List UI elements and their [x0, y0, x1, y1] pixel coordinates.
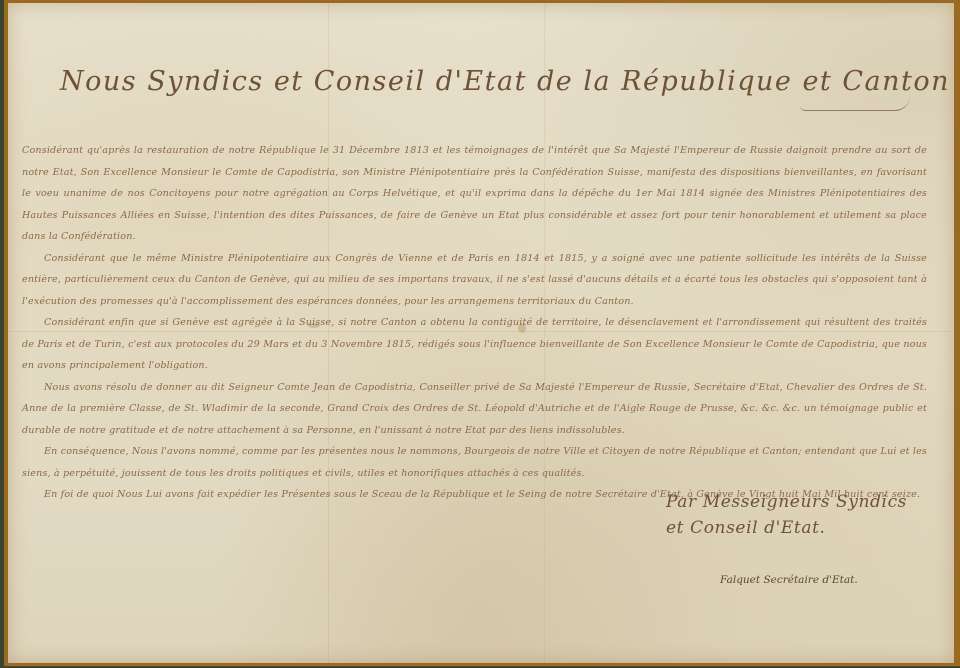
paragraph-considerant-2: Considérant que le même Ministre Plénipo…	[22, 248, 927, 313]
signature-block: Par Messeigneurs Syndics et Conseil d'Et…	[666, 492, 936, 538]
signature-line-2: et Conseil d'Etat.	[666, 518, 936, 538]
document-body: Considérant qu'après la restauration de …	[22, 140, 927, 506]
document-title: Nous Syndics et Conseil d'Etat de la Rép…	[60, 66, 910, 97]
title-flourish	[800, 96, 910, 111]
paragraph-resolution: Nous avons résolu de donner au dit Seign…	[22, 377, 927, 442]
paragraph-nomination: En conséquence, Nous l'avons nommé, comm…	[22, 441, 927, 484]
secretary-signature: Falquet Secrétaire d'Etat.	[720, 574, 858, 586]
signature-line-1: Par Messeigneurs Syndics	[666, 492, 936, 512]
paragraph-considerant-3: Considérant enfin que si Genève est agré…	[22, 312, 927, 377]
paragraph-considerant-1: Considérant qu'après la restauration de …	[22, 140, 927, 248]
